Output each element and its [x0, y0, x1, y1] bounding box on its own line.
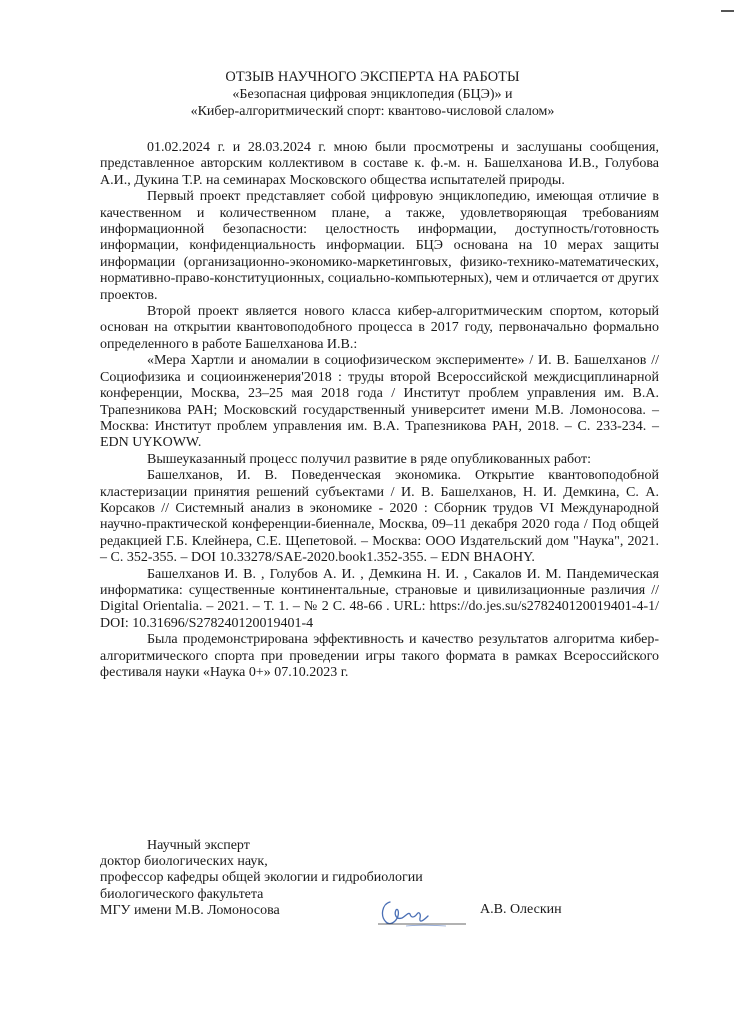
citation-behavioral-economics: Башелханов, И. В. Поведенческая экономик…: [100, 468, 659, 566]
document-subtitle-1: «Безопасная цифровая энциклопедия (БЦЭ)»…: [0, 86, 745, 103]
signer-degree: доктор биологических наук,: [100, 854, 660, 870]
signer-name: А.В. Олескин: [480, 902, 562, 918]
paragraph-review-dates: 01.02.2024 г. и 28.03.2024 г. мною были …: [100, 140, 659, 189]
signer-position: профессор кафедры общей экологии и гидро…: [100, 870, 660, 886]
citation-hartley: «Мера Хартли и аномалии в социофизическо…: [100, 353, 659, 451]
paragraph-first-project: Первый проект представляет собой цифрову…: [100, 189, 659, 304]
signer-role: Научный эксперт: [100, 838, 660, 854]
document-header: ОТЗЫВ НАУЧНОГО ЭКСПЕРТА НА РАБОТЫ «Безоп…: [0, 69, 745, 120]
scan-mark: [721, 10, 734, 12]
handwritten-signature-icon: [376, 898, 468, 928]
paragraph-conclusion: Была продемонстрирована эффективность и …: [100, 632, 659, 681]
document-subtitle-2: «Кибер-алгоритмический спорт: квантово-ч…: [0, 103, 745, 120]
document-title: ОТЗЫВ НАУЧНОГО ЭКСПЕРТА НА РАБОТЫ: [0, 69, 745, 86]
citation-pandemic-informatics: Башелханов И. В. , Голубов А. И. , Демки…: [100, 567, 659, 633]
paragraph-second-project: Второй проект является нового класса киб…: [100, 304, 659, 353]
document-body: 01.02.2024 г. и 28.03.2024 г. мною были …: [100, 140, 659, 681]
paragraph-developments: Вышеуказанный процесс получил развитие в…: [100, 452, 659, 468]
